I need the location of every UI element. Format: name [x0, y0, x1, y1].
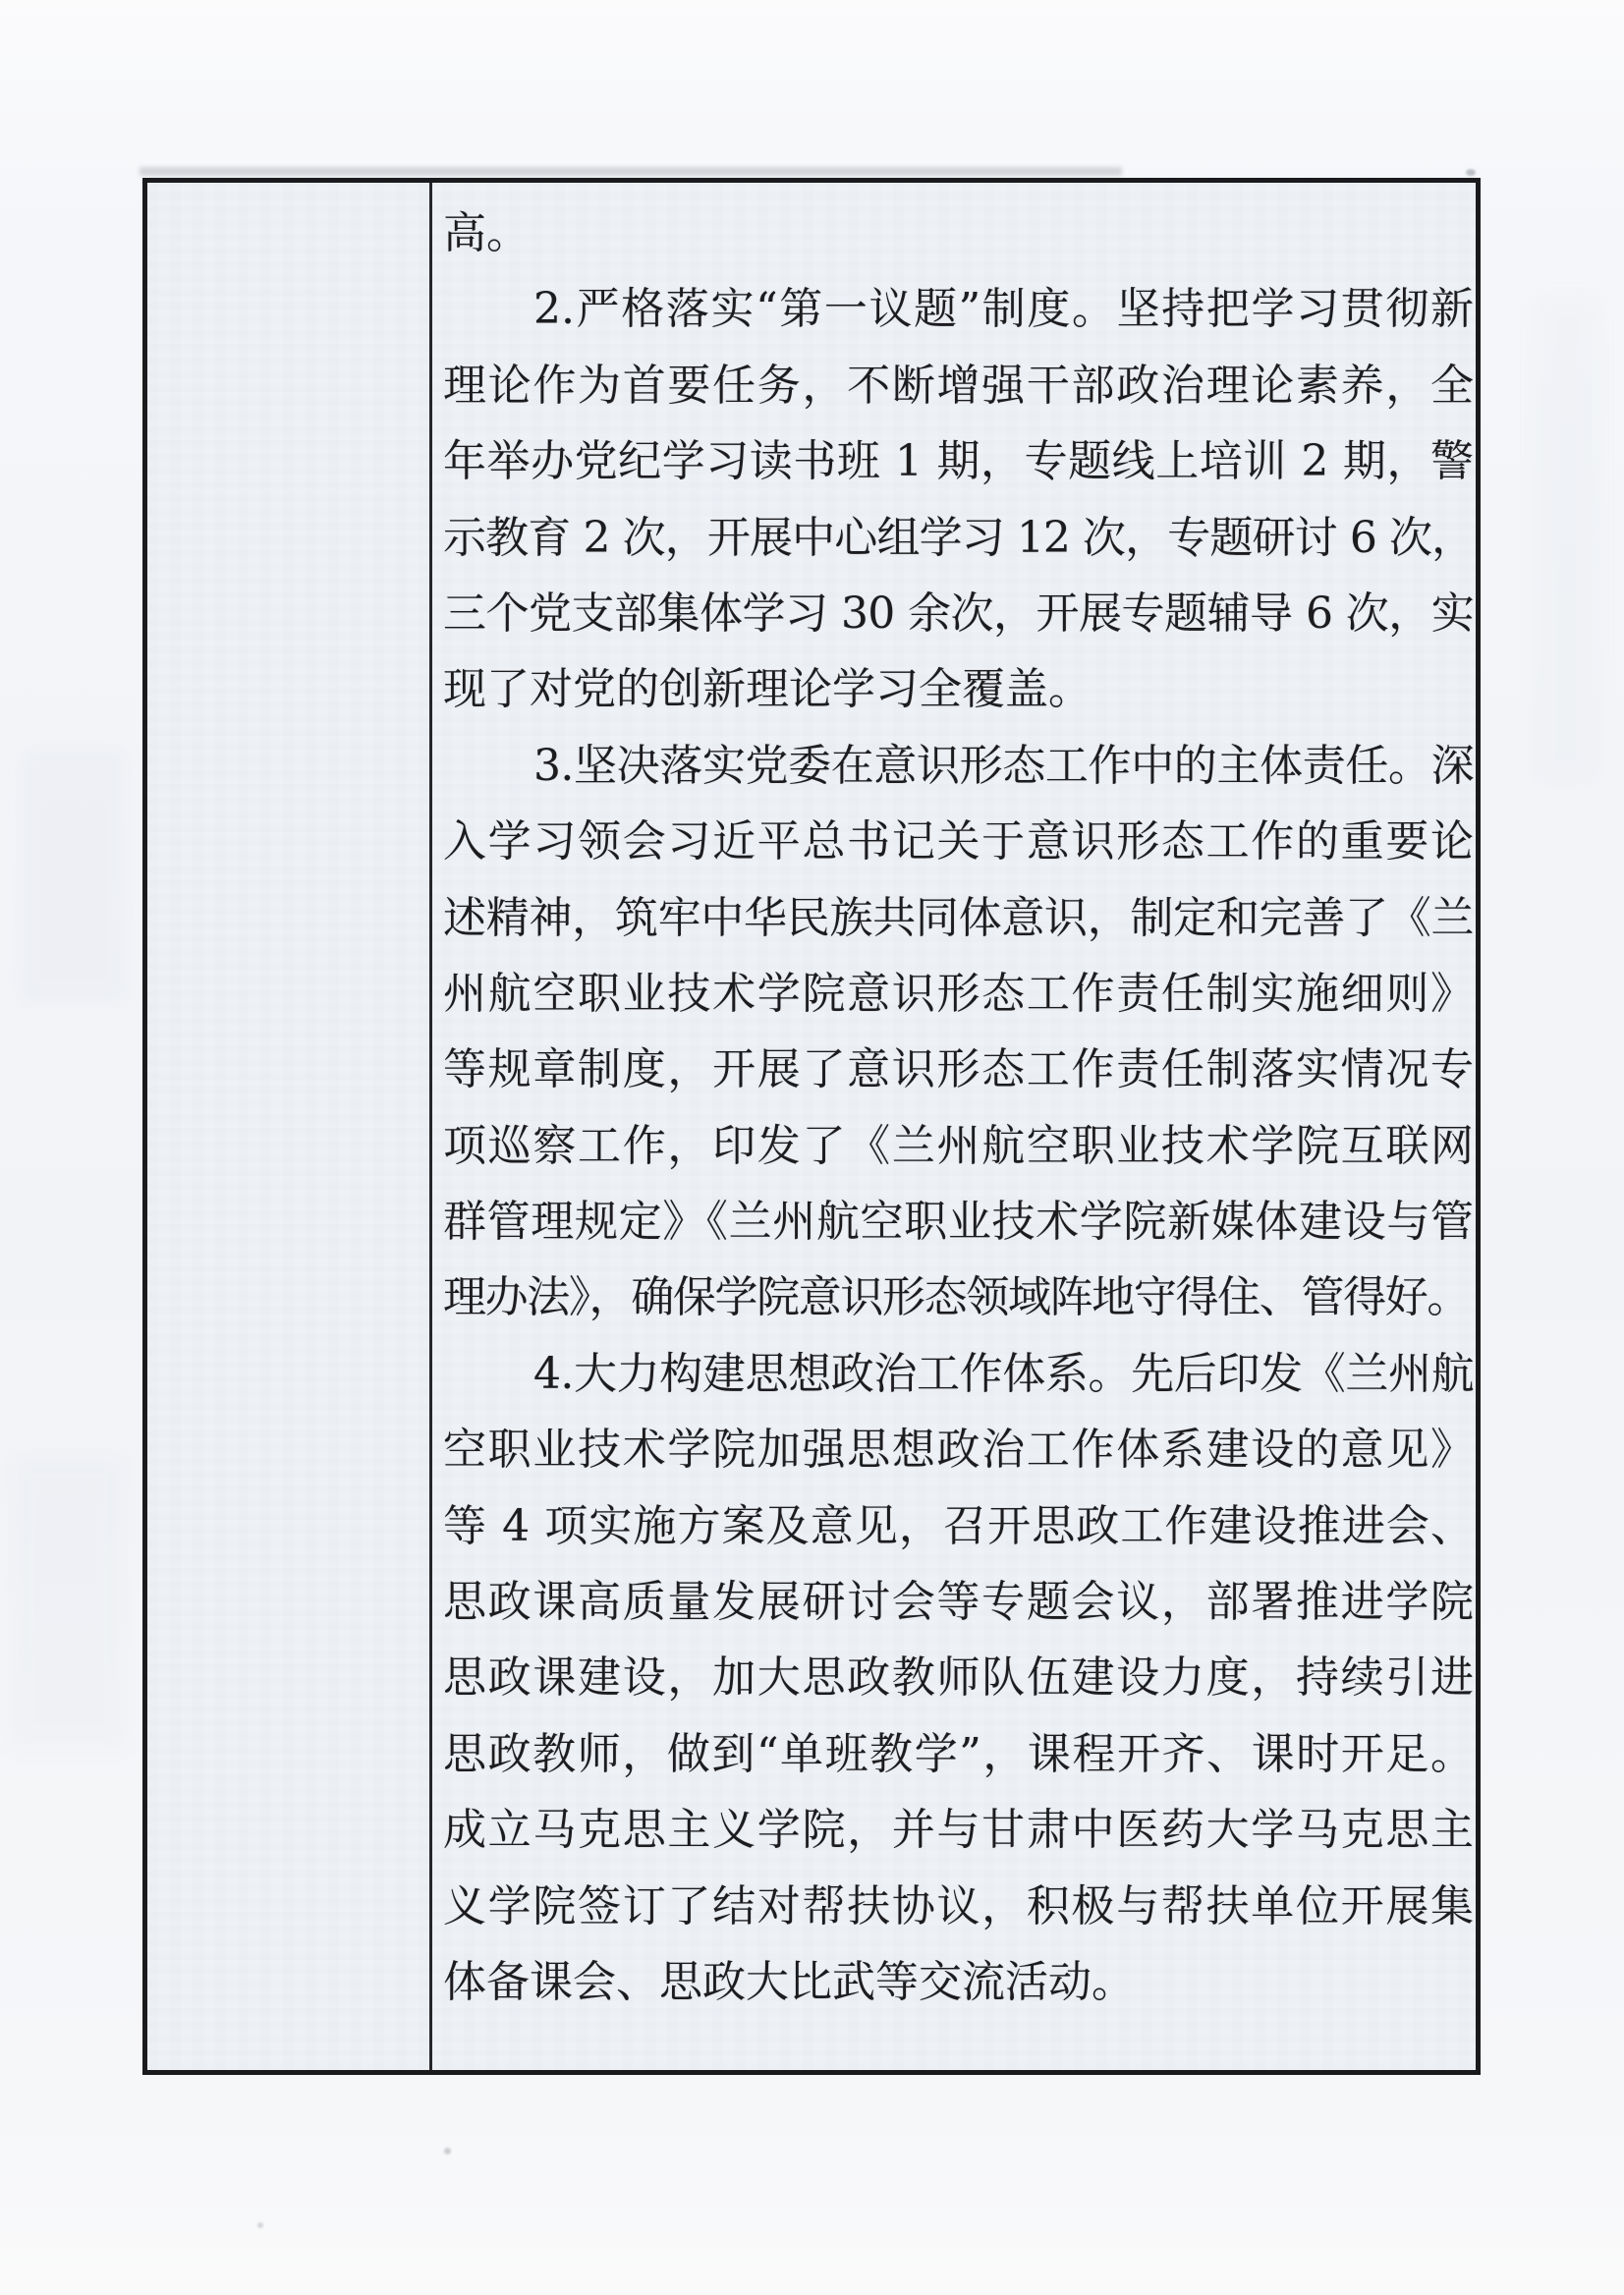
- text-line: 等 4 项实施方案及意见，召开思政工作建设推进会、: [443, 1488, 1474, 1564]
- scan-artifact: [10, 1454, 128, 1749]
- text-line: 项巡察工作，印发了《兰州航空职业技术学院互联网: [443, 1108, 1474, 1184]
- scan-artifact: [140, 167, 1122, 176]
- text-line: 成立马克思主义学院，并与甘肃中医药大学马克思主: [443, 1792, 1474, 1868]
- text-line: 义学院签订了结对帮扶协议，积极与帮扶单位开展集: [443, 1869, 1474, 1944]
- text-line: 现了对党的创新理论学习全覆盖。: [443, 651, 1474, 727]
- scan-artifact: [20, 747, 128, 1002]
- text-line: 入学习领会习近平总书记关于意识形态工作的重要论: [443, 804, 1474, 879]
- scan-artifact: [1466, 169, 1476, 176]
- scanned-page: { "document": { "kind": "scanned-report-…: [0, 0, 1624, 2295]
- text-line: 2.严格落实“第一议题”制度。坚持把学习贯彻新: [443, 271, 1474, 347]
- text-line: 州航空职业技术学院意识形态工作责任制实施细则》: [443, 956, 1474, 1032]
- scan-artifact: [444, 2148, 451, 2155]
- table-text-column: 高。2.严格落实“第一议题”制度。坚持把学习贯彻新理论作为首要任务，不断增强干部…: [443, 196, 1474, 2020]
- text-line: 高。: [443, 196, 1474, 271]
- text-line: 年举办党纪学习读书班 1 期，专题线上培训 2 期，警: [443, 423, 1474, 499]
- scan-artifact: [257, 2222, 263, 2228]
- text-line: 理办法》，确保学院意识形态领域阵地守得住、管得好。: [443, 1259, 1474, 1335]
- text-line: 思政课建设，加大思政教师队伍建设力度，持续引进: [443, 1640, 1474, 1715]
- text-line: 思政课高质量发展研讨会等专题会议，部署推进学院: [443, 1564, 1474, 1640]
- text-line: 体备课会、思政大比武等交流活动。: [443, 1944, 1474, 2020]
- text-line: 思政教师，做到“单班教学”，课程开齐、课时开足。: [443, 1716, 1474, 1792]
- text-line: 3.坚决落实党委在意识形态工作中的主体责任。深: [443, 728, 1474, 804]
- text-line: 4.大力构建思想政治工作体系。先后印发《兰州航: [443, 1336, 1474, 1412]
- text-line: 示教育 2 次，开展中心组学习 12 次，专题研讨 6 次，: [443, 500, 1474, 576]
- table-column-divider: [429, 183, 432, 2070]
- text-line: 三个党支部集体学习 30 余次，开展专题辅导 6 次，实: [443, 576, 1474, 651]
- text-line: 等规章制度，开展了意识形态工作责任制落实情况专: [443, 1032, 1474, 1107]
- text-line: 空职业技术学院加强思想政治工作体系建设的意见》: [443, 1412, 1474, 1487]
- text-line: 述精神，筑牢中华民族共同体意识，制定和完善了《兰: [443, 880, 1474, 956]
- report-table: 高。2.严格落实“第一议题”制度。坚持把学习贯彻新理论作为首要任务，不断增强干部…: [142, 178, 1481, 2075]
- text-line: 群管理规定》《兰州航空职业技术学院新媒体建设与管: [443, 1184, 1474, 1259]
- table-left-column: [147, 183, 429, 2070]
- text-line: 理论作为首要任务，不断增强干部政治理论素养，全: [443, 348, 1474, 423]
- scan-artifact: [1533, 295, 1601, 786]
